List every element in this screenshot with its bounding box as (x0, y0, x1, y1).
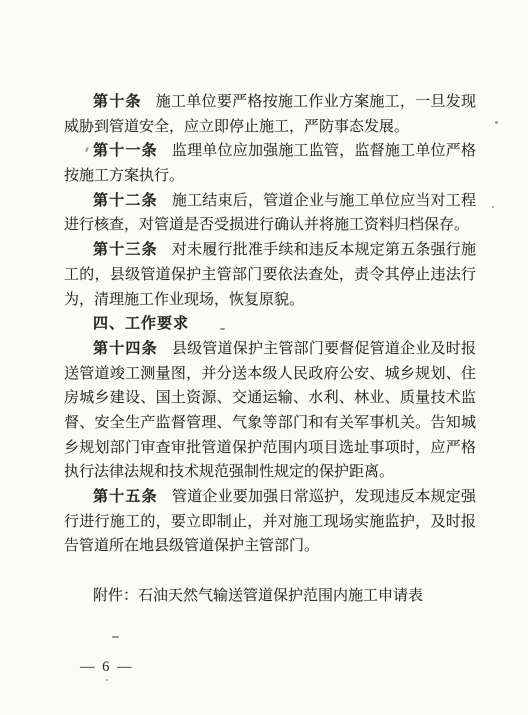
line-text: 告管道所在地县级管道保护主管部门。 (64, 538, 319, 554)
page-number: — 6 — (80, 659, 134, 676)
line-text: 为，清理施工作业现场，恢复原貌。 (64, 292, 304, 308)
document-line: 进行核查，对管道是否受损进行确认并将施工资料归档保存。 (64, 213, 476, 238)
scan-artifact (495, 121, 498, 124)
line-text: 行进行施工的，要立即制止，并对施工现场实施监护，及时报 (64, 514, 476, 530)
document-body: 第十条施工单位要严格按施工作业方案施工，一旦发现 威胁到管道安全，应立即停止施工… (64, 90, 476, 608)
section-heading: 四、工作要求 (93, 315, 189, 332)
document-line: 第十二条施工结束后，管道企业与施工单位应当对工程 (64, 189, 476, 214)
line-text: 施工结束后，管道企业与施工单位应当对工程 (172, 193, 476, 209)
line-text: 送管道竣工测量图，并分送本级人民政府公安、城乡规划、住 (64, 366, 476, 382)
line-text: 乡规划部门审查审批管道保护范围内项目选址事项时，应严格 (64, 440, 476, 456)
document-line: 第十一条监理单位应加强施工监管，监督施工单位严格 (64, 139, 476, 164)
line-text: 县级管道保护主管部门要督促管道企业及时报 (172, 341, 476, 357)
document-line: 按施工方案执行。 (64, 164, 476, 189)
document-line: 乡规划部门审查审批管道保护范围内项目选址事项时，应严格 (64, 436, 476, 461)
document-line: 第十五条管道企业要加强日常巡护，发现违反本规定强 (64, 485, 476, 510)
attachment-line: 附件：石油天然气输送管道保护范围内施工申请表 (64, 584, 476, 609)
document-line: 工的，县级管道保护主管部门要依法查处，责令其停止违法行 (64, 263, 476, 288)
document-line: 执行法律法规和技术规范强制性规定的保护距离。 (64, 460, 476, 485)
line-text: 监理单位应加强施工监管，监督施工单位严格 (172, 143, 476, 159)
article-heading: 第十四条 (93, 340, 158, 357)
line-text: 执行法律法规和技术规范强制性规定的保护距离。 (64, 464, 394, 480)
document-line: 威胁到管道安全，应立即停止施工，严防事态发展。 (64, 115, 476, 140)
scan-artifact (492, 206, 494, 208)
line-text: 房城乡建设、国土资源、交通运输、水利、林业、质量技术监 (64, 390, 476, 406)
scan-artifact (220, 328, 225, 330)
document-line: 送管道竣工测量图，并分送本级人民政府公安、城乡规划、住 (64, 362, 476, 387)
line-text: 按施工方案执行。 (64, 168, 184, 184)
article-heading: 第十二条 (93, 192, 158, 209)
document-line: 告管道所在地县级管道保护主管部门。 (64, 534, 476, 559)
line-text: 施工单位要严格按施工作业方案施工，一旦发现 (156, 94, 476, 110)
line-text: 督、安全生产监督管理、气象等部门和有关军事机关。告知城 (64, 415, 476, 431)
article-heading: 第十条 (93, 93, 142, 110)
document-line: 房城乡建设、国土资源、交通运输、水利、林业、质量技术监 (64, 386, 476, 411)
line-text: 附件：石油天然气输送管道保护范围内施工申请表 (93, 588, 423, 604)
line-text: 进行核查，对管道是否受损进行确认并将施工资料归档保存。 (64, 217, 469, 233)
document-line: 行进行施工的，要立即制止，并对施工现场实施监护，及时报 (64, 510, 476, 535)
line-text: 威胁到管道安全，应立即停止施工，严防事态发展。 (64, 119, 409, 135)
article-heading: 第十一条 (93, 142, 158, 159)
document-line: 第十三条对未履行批准手续和违反本规定第五条强行施 (64, 238, 476, 263)
document-line: 为，清理施工作业现场，恢复原貌。 (64, 288, 476, 313)
document-line: 第十四条县级管道保护主管部门要督促管道企业及时报 (64, 337, 476, 362)
article-heading: 第十三条 (93, 241, 158, 258)
scan-artifact (106, 679, 108, 681)
scan-artifact (112, 636, 119, 638)
article-heading: 第十五条 (93, 488, 158, 505)
scanned-document-page: { "colors": { "paper": "#fbfbf8", "ink":… (0, 0, 528, 715)
line-text: 管道企业要加强日常巡护，发现违反本规定强 (172, 489, 476, 505)
line-text: 对未履行批准手续和违反本规定第五条强行施 (172, 242, 476, 258)
document-line: 第十条施工单位要严格按施工作业方案施工，一旦发现 (64, 90, 476, 115)
document-line: 四、工作要求 (64, 312, 476, 337)
line-text: 工的，县级管道保护主管部门要依法查处，责令其停止违法行 (64, 267, 476, 283)
document-line: 督、安全生产监督管理、气象等部门和有关军事机关。告知城 (64, 411, 476, 436)
